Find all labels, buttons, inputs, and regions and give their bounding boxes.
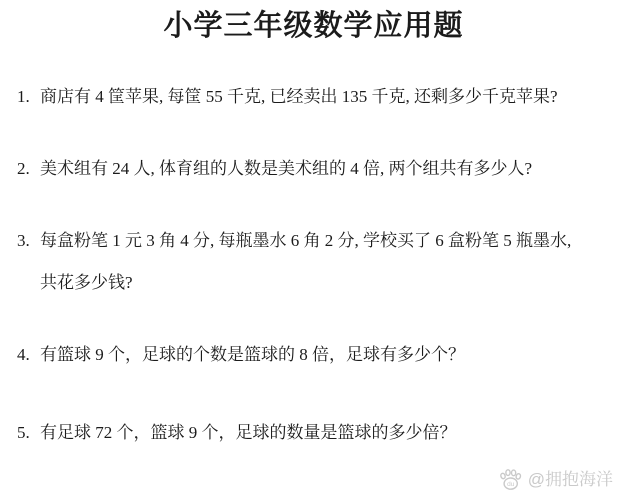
question-number: 2. bbox=[17, 148, 30, 190]
question-item-4: 4. 有篮球 9 个，足球的个数是篮球的 8 倍，足球有多少个？ bbox=[0, 334, 627, 376]
question-number: 3. bbox=[17, 220, 30, 262]
question-item-5: 5. 有足球 72 个，篮球 9 个，足球的数量是篮球的多少倍？ bbox=[0, 412, 627, 454]
question-text: 每盒粉笔 1 元 3 角 4 分, 每瓶墨水 6 角 2 分, 学校买了 6 盒… bbox=[40, 231, 571, 292]
question-text: 商店有 4 筐苹果, 每筐 55 千克, 已经卖出 135 千克, 还剩多少千克… bbox=[40, 87, 558, 106]
watermark: du @拥抱海洋 bbox=[498, 468, 613, 492]
page-title: 小学三年级数学应用题 bbox=[0, 0, 627, 44]
question-number: 4. bbox=[17, 334, 30, 376]
question-number: 5. bbox=[17, 412, 30, 454]
svg-text:du: du bbox=[507, 481, 515, 488]
question-item-1: 1. 商店有 4 筐苹果, 每筐 55 千克, 已经卖出 135 千克, 还剩多… bbox=[0, 76, 627, 118]
question-text: 有篮球 9 个，足球的个数是篮球的 8 倍，足球有多少个？ bbox=[40, 345, 465, 364]
question-text: 美术组有 24 人, 体育组的人数是美术组的 4 倍, 两个组共有多少人? bbox=[40, 159, 532, 178]
question-text: 有足球 72 个，篮球 9 个，足球的数量是篮球的多少倍？ bbox=[40, 423, 457, 442]
question-item-2: 2. 美术组有 24 人, 体育组的人数是美术组的 4 倍, 两个组共有多少人? bbox=[0, 148, 627, 190]
question-list: 1. 商店有 4 筐苹果, 每筐 55 千克, 已经卖出 135 千克, 还剩多… bbox=[0, 76, 627, 454]
question-item-3: 3. 每盒粉笔 1 元 3 角 4 分, 每瓶墨水 6 角 2 分, 学校买了 … bbox=[0, 220, 627, 304]
worksheet-page: 小学三年级数学应用题 1. 商店有 4 筐苹果, 每筐 55 千克, 已经卖出 … bbox=[0, 0, 627, 500]
watermark-text: @拥抱海洋 bbox=[528, 468, 613, 492]
question-number: 1. bbox=[17, 76, 30, 118]
baidu-paw-icon: du bbox=[498, 468, 523, 492]
